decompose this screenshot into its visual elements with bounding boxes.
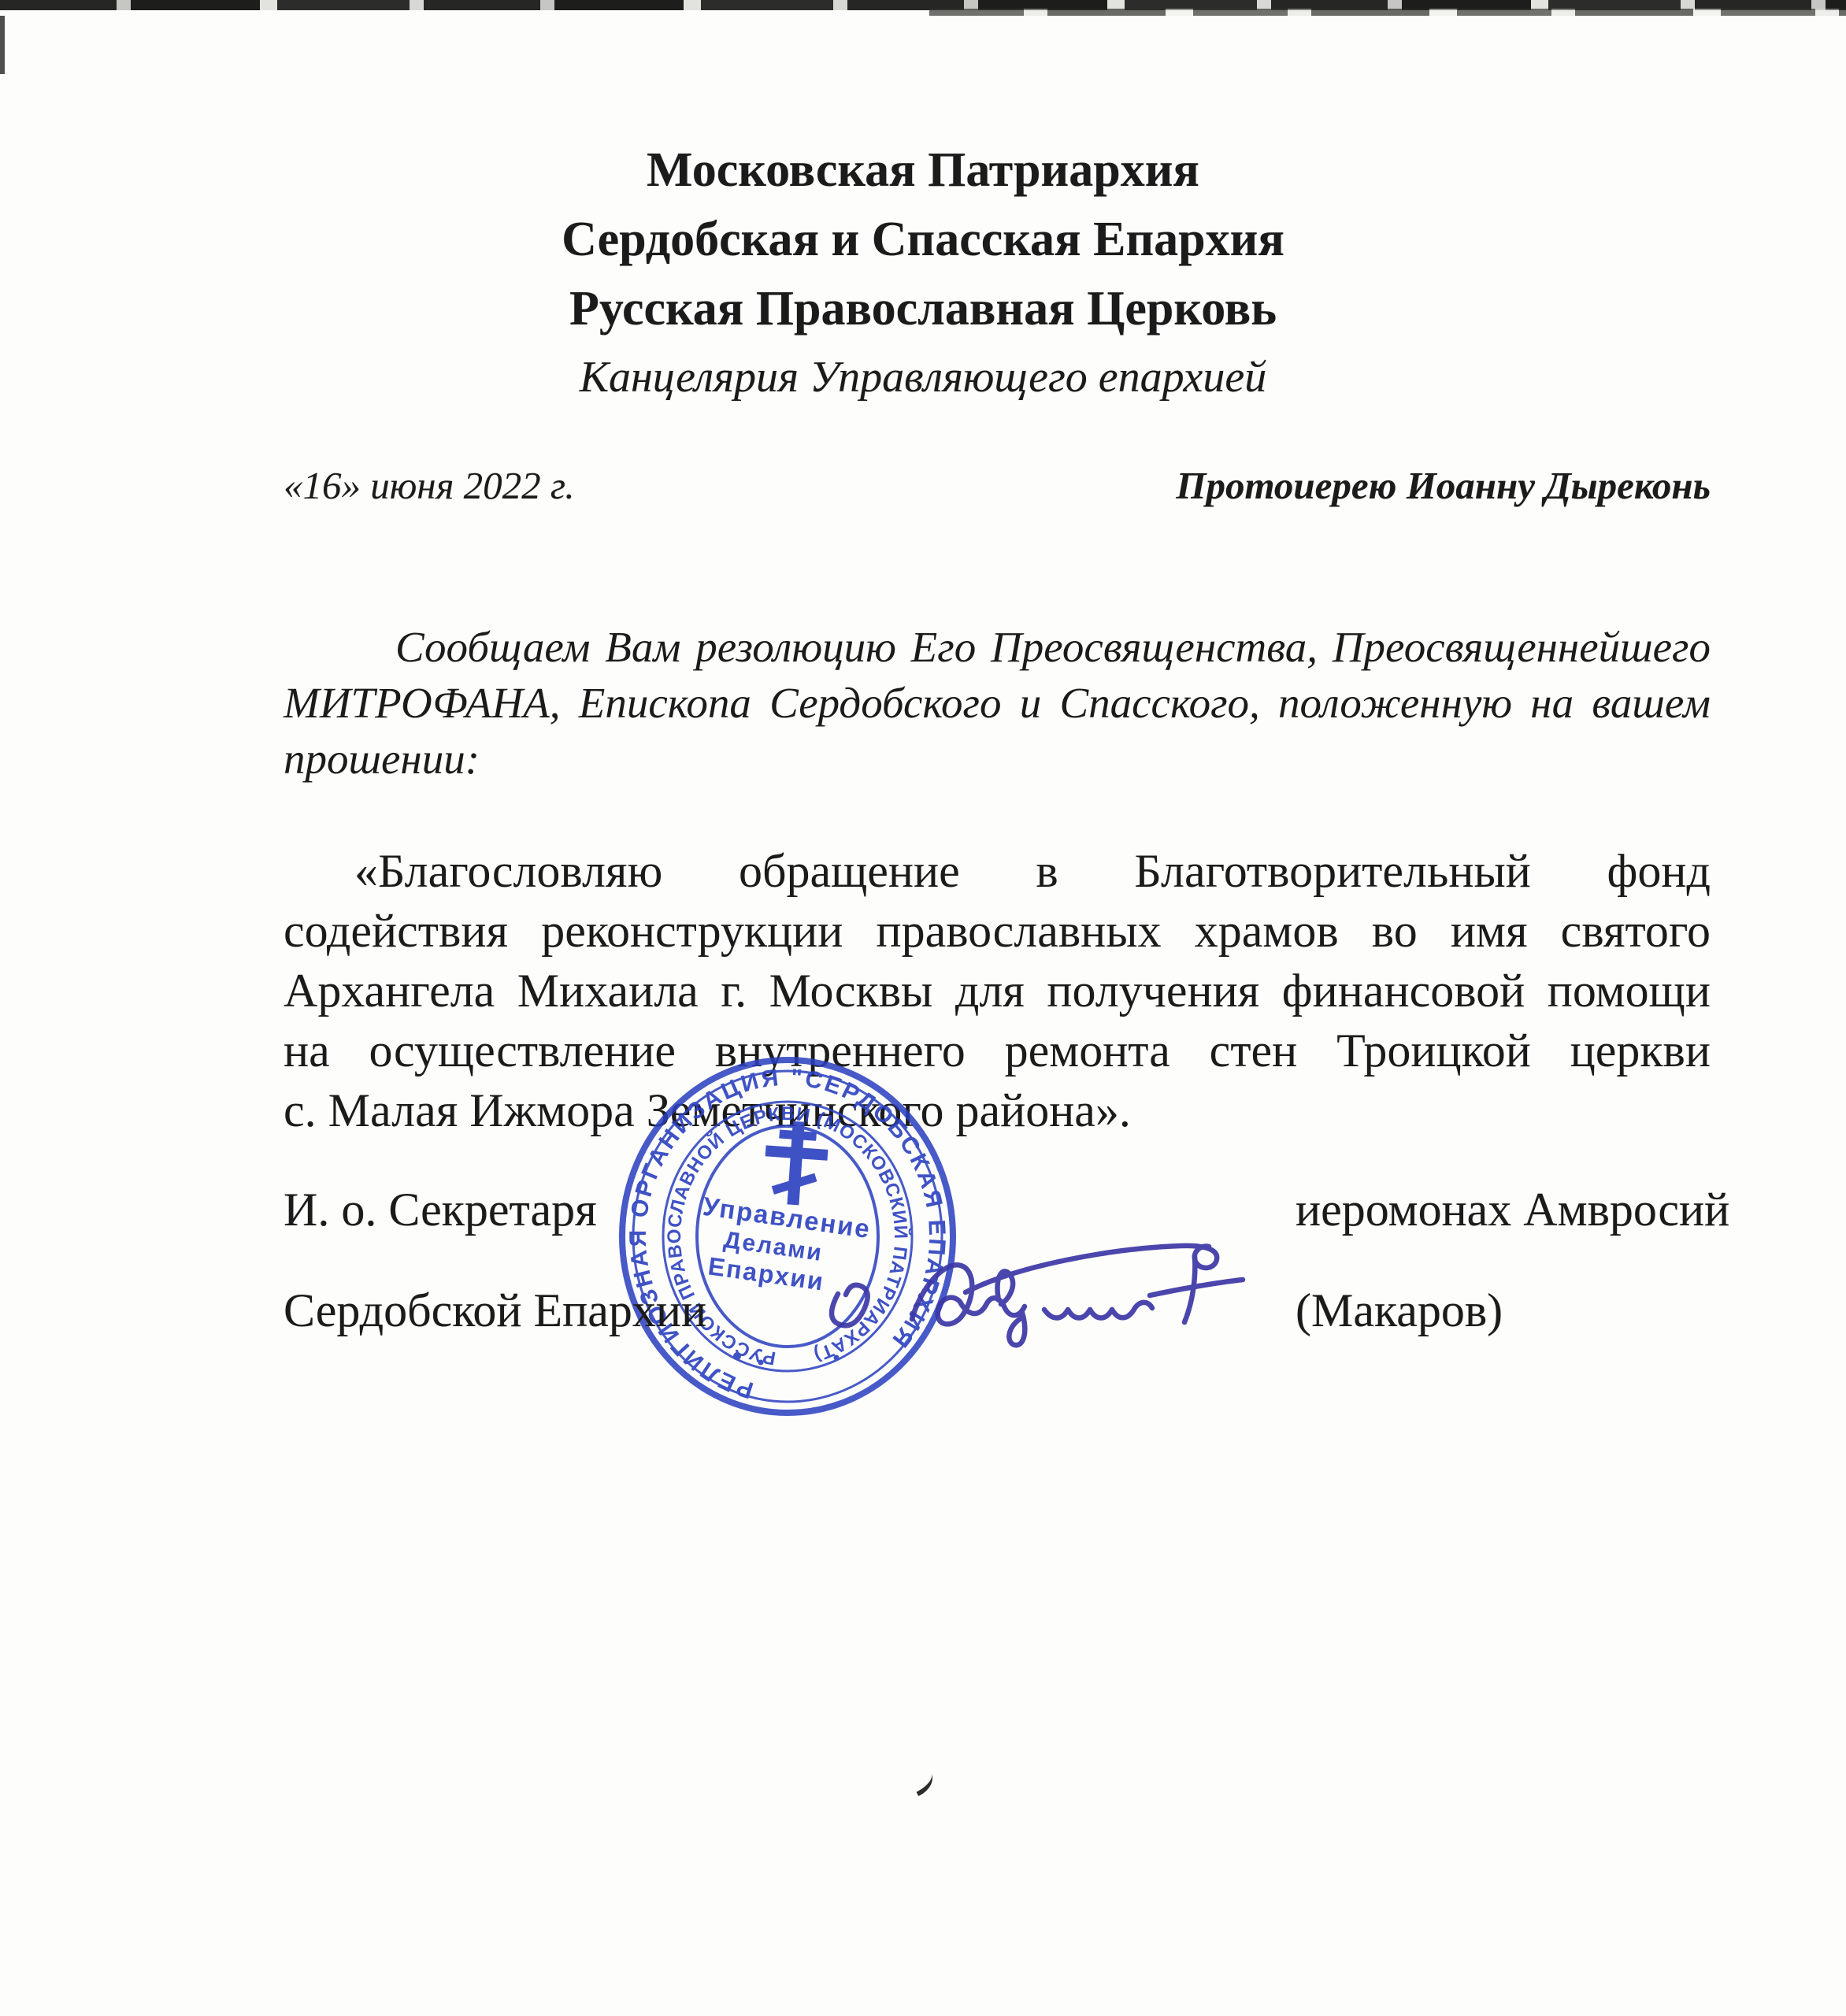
document-date: «16» июня 2022 г. [284, 463, 575, 508]
signer-title-line-1: И. о. Секретаря [284, 1181, 597, 1238]
ink-speck [908, 1766, 938, 1796]
letterhead-line-1: Московская Патриархия [0, 135, 1846, 205]
signer-title-line-2: Сердобской Епархии [284, 1282, 706, 1339]
signer-name-line-1: иеромонах Амвросий [1296, 1181, 1729, 1238]
letterhead: Московская Патриархия Сердобская и Спасс… [0, 135, 1846, 411]
paragraph-2-line-3: Архангела Михаила г. Москвы для получени… [284, 961, 1711, 1021]
paragraph-1-line-1: Сообщаем Вам резолюцию Его Преосвященств… [284, 619, 1711, 675]
addressee: Протоиерею Иоанну Дыреконь [1176, 463, 1711, 508]
letterhead-line-2: Сердобская и Спасская Епархия [0, 205, 1846, 274]
scan-artifact-top-band-2 [929, 9, 1846, 16]
paragraph-2-line-1: «Благословляю обращение в Благотворитель… [284, 841, 1711, 901]
paragraph-1-line-3: прошении: [284, 731, 1711, 787]
handwritten-signature [811, 1201, 1252, 1358]
paragraph-2-line-2: содействия реконструкции православных хр… [284, 901, 1711, 961]
signer-name-line-2: (Макаров) [1296, 1282, 1503, 1339]
paragraph-2-line-5: с. Малая Ижмора Земетчинского района». [284, 1080, 1711, 1140]
letterhead-line-3: Русская Православная Церковь [0, 274, 1846, 343]
scan-artifact-left-edge [0, 16, 5, 74]
scanned-letter-page: Московская Патриархия Сердобская и Спасс… [0, 0, 1846, 2016]
paragraph-1-line-2: МИТРОФАНА, Епископа Сердобского и Спасск… [284, 675, 1711, 731]
paragraph-2-line-4: на осуществление внутреннего ремонта сте… [284, 1021, 1711, 1080]
letterhead-line-4: Канцелярия Управляющего епархией [0, 343, 1846, 411]
body-paragraph-2: «Благословляю обращение в Благотворитель… [284, 841, 1711, 1140]
body-paragraph-1: Сообщаем Вам резолюцию Его Преосвященств… [284, 619, 1711, 787]
